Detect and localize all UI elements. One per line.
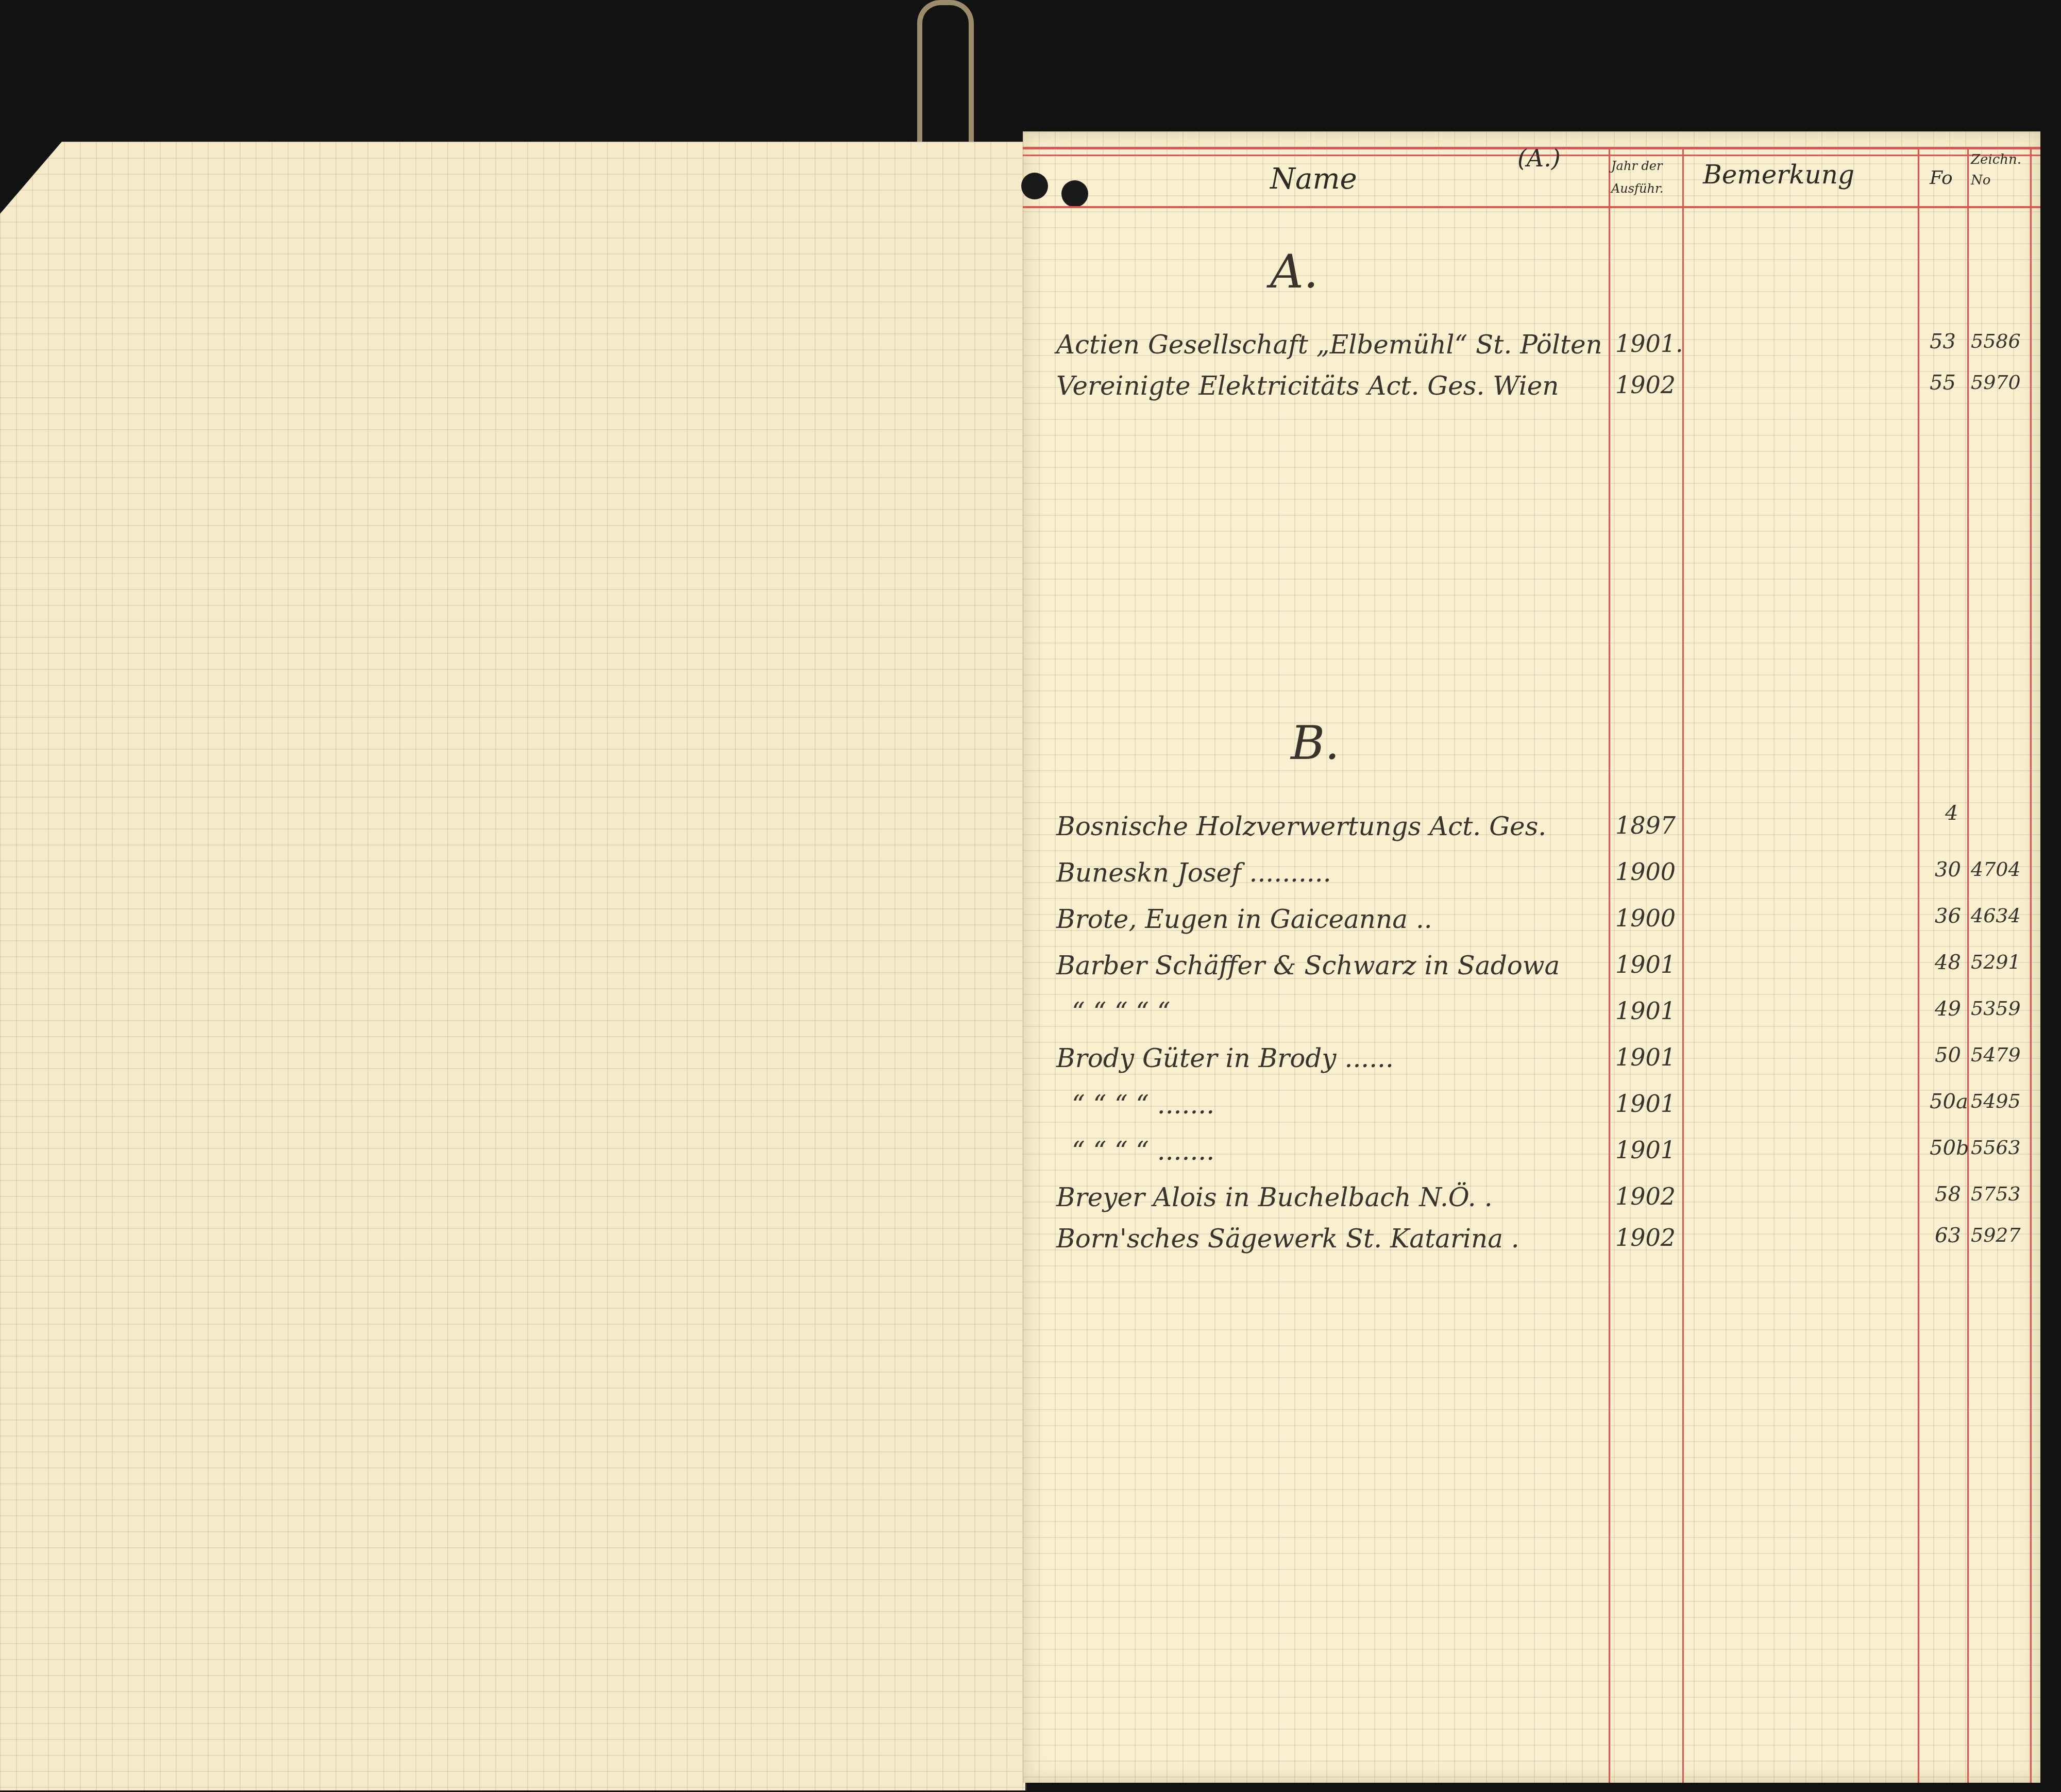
row-year: 1902 [1615, 371, 1676, 399]
header-remark: Bemerkung [1703, 160, 1854, 190]
row-drawing-no: 5927 [1971, 1224, 2021, 1246]
row-name: Bosnische Holzverwertungs Act. Ges. [1056, 812, 1546, 841]
row-name: Breyer Alois in Buchelbach N.Ö. . [1056, 1182, 1493, 1212]
row-folio: 30 [1935, 858, 1961, 882]
binding-hole [1061, 180, 1088, 207]
row-name: Buneskn Josef .......... [1056, 858, 1331, 888]
header-bottom-rule [1023, 206, 2040, 208]
row-drawing-no: 5291 [1971, 951, 2021, 973]
row-year: 1901 [1615, 1090, 1676, 1118]
row-folio: 49 [1935, 997, 1961, 1021]
row-drawing-no: 5495 [1971, 1090, 2021, 1112]
row-year: 1901 [1615, 951, 1676, 978]
row-folio: 55 [1930, 371, 1956, 395]
col-rule-year [1609, 147, 1610, 1783]
row-name: Brody Güter in Brody ...... [1056, 1043, 1394, 1073]
row-name: Barber Schäffer & Schwarz in Sadowa [1056, 951, 1560, 980]
row-year: 1901. [1615, 330, 1683, 358]
row-year: 1900 [1615, 858, 1676, 886]
row-year: 1902 [1615, 1224, 1676, 1252]
row-name: Brote, Eugen in Gaiceanna .. [1056, 904, 1432, 934]
row-year: 1900 [1615, 904, 1676, 932]
row-folio: 58 [1935, 1182, 1961, 1206]
row-name: Born'sches Sägewerk St. Katarina . [1056, 1224, 1519, 1254]
section-letter-b: B. [1291, 716, 1340, 770]
row-year: 1901 [1615, 997, 1676, 1025]
section-letter-a: A. [1270, 245, 1319, 299]
row-name: Vereinigte Elektricitäts Act. Ges. Wien [1056, 371, 1559, 401]
col-rule-drawing [1967, 147, 1969, 1783]
col-rule-end [2030, 147, 2032, 1783]
header-folio: Fo [1930, 167, 1953, 189]
row-drawing-no: 4634 [1971, 904, 2021, 927]
row-year: 1902 [1615, 1182, 1676, 1210]
row-folio: 50 [1935, 1043, 1961, 1067]
header-year: Jahr der Ausführ. [1611, 155, 1680, 200]
row-drawing-no: 5753 [1971, 1182, 2021, 1205]
row-folio: 50b [1930, 1136, 1969, 1160]
left-page-blank [0, 142, 1027, 1790]
row-folio: 63 [1935, 1224, 1961, 1247]
col-rule-remark [1682, 147, 1684, 1783]
row-folio: 36 [1935, 904, 1961, 928]
ledger-page: Name (A.) Jahr der Ausführ. Bemerkung Fo… [1023, 131, 2040, 1783]
row-year: 1897 [1615, 812, 1676, 839]
row-name: Actien Gesellschaft „Elbemühl“ St. Pölte… [1056, 330, 1602, 360]
row-folio: 53 [1930, 330, 1956, 353]
row-name-ditto: “ “ “ “ ....... [1072, 1090, 1214, 1120]
row-name-ditto: “ “ “ “ ....... [1072, 1136, 1214, 1166]
row-drawing-no: 5479 [1971, 1043, 2021, 1066]
row-folio: 4 [1945, 801, 1958, 825]
header-name: Name [1270, 162, 1357, 196]
row-folio: 50a [1930, 1090, 1968, 1113]
row-drawing-no: 4704 [1971, 858, 2021, 881]
row-drawing-no: 5359 [1971, 997, 2021, 1020]
row-folio: 48 [1935, 951, 1961, 974]
row-drawing-no: 5563 [1971, 1136, 2021, 1159]
col-rule-folio [1918, 147, 1919, 1783]
row-year: 1901 [1615, 1043, 1676, 1071]
row-drawing-no: 5586 [1971, 330, 2021, 352]
row-name-ditto: “ “ “ “ “ [1072, 997, 1170, 1027]
header-drawing-no: Zeichn. No [1971, 149, 2028, 191]
binding-hole [1021, 173, 1048, 199]
row-drawing-no: 5970 [1971, 371, 2021, 394]
page-marker: (A.) [1517, 144, 1561, 172]
row-year: 1901 [1615, 1136, 1676, 1164]
